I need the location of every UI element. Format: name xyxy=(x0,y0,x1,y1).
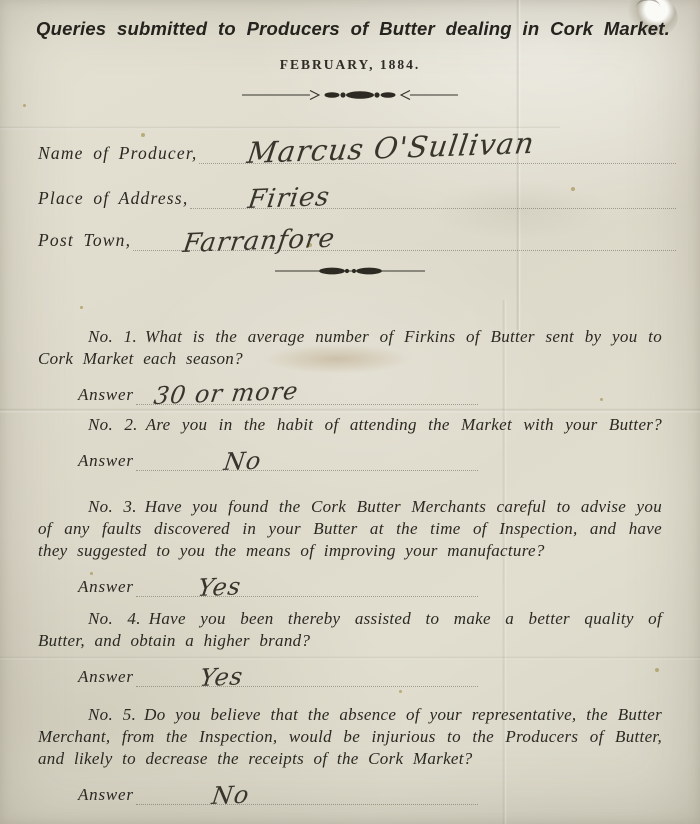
handwritten-answer: No xyxy=(222,447,263,476)
questions-section: No. 1.What is the average number of Firk… xyxy=(38,0,662,824)
question-block: No. 4.Have you been thereby assisted to … xyxy=(38,608,662,687)
question-text: No. 5.Do you believe that the absence of… xyxy=(38,704,662,770)
handwritten-answer: Yes xyxy=(198,662,245,692)
question-text: No. 3.Have you found the Cork Butter Mer… xyxy=(38,496,662,562)
answer-row: Answer No xyxy=(78,445,478,471)
answer-row: Answer 30 or more xyxy=(78,379,478,405)
answer-label: Answer xyxy=(78,385,136,405)
handwritten-answer: 30 or more xyxy=(152,377,300,410)
answer-write-line: No xyxy=(136,445,478,471)
answer-write-line: 30 or more xyxy=(136,379,478,405)
answer-write-line: Yes xyxy=(136,661,478,687)
question-text: No. 4.Have you been thereby assisted to … xyxy=(38,608,662,652)
answer-row: Answer No xyxy=(78,779,478,805)
answer-write-line: Yes xyxy=(136,571,478,597)
question-number: No. 1. xyxy=(88,327,145,346)
answer-write-line: No xyxy=(136,779,478,805)
answer-label: Answer xyxy=(78,667,136,687)
question-block: No. 5.Do you believe that the absence of… xyxy=(38,704,662,805)
handwritten-answer: Yes xyxy=(196,572,243,602)
answer-label: Answer xyxy=(78,577,136,597)
question-number: No. 4. xyxy=(88,609,149,628)
scanned-questionnaire-page: Queries submitted to Producers of Butter… xyxy=(0,0,700,824)
handwritten-answer: No xyxy=(210,781,251,810)
question-number: No. 3. xyxy=(88,497,145,516)
answer-label: Answer xyxy=(78,451,136,471)
answer-label: Answer xyxy=(78,785,136,805)
question-body: Are you in the habit of attending the Ma… xyxy=(146,415,662,434)
question-block: No. 1.What is the average number of Firk… xyxy=(38,326,662,405)
question-block: No. 3.Have you found the Cork Butter Mer… xyxy=(38,496,662,597)
answer-row: Answer Yes xyxy=(78,571,478,597)
question-block: No. 2.Are you in the habit of attending … xyxy=(38,414,662,471)
answer-row: Answer Yes xyxy=(78,661,478,687)
question-text: No. 2.Are you in the habit of attending … xyxy=(38,414,662,436)
question-text: No. 1.What is the average number of Firk… xyxy=(38,326,662,370)
question-number: No. 2. xyxy=(88,415,146,434)
question-number: No. 5. xyxy=(88,705,144,724)
paper-speck xyxy=(23,104,26,107)
